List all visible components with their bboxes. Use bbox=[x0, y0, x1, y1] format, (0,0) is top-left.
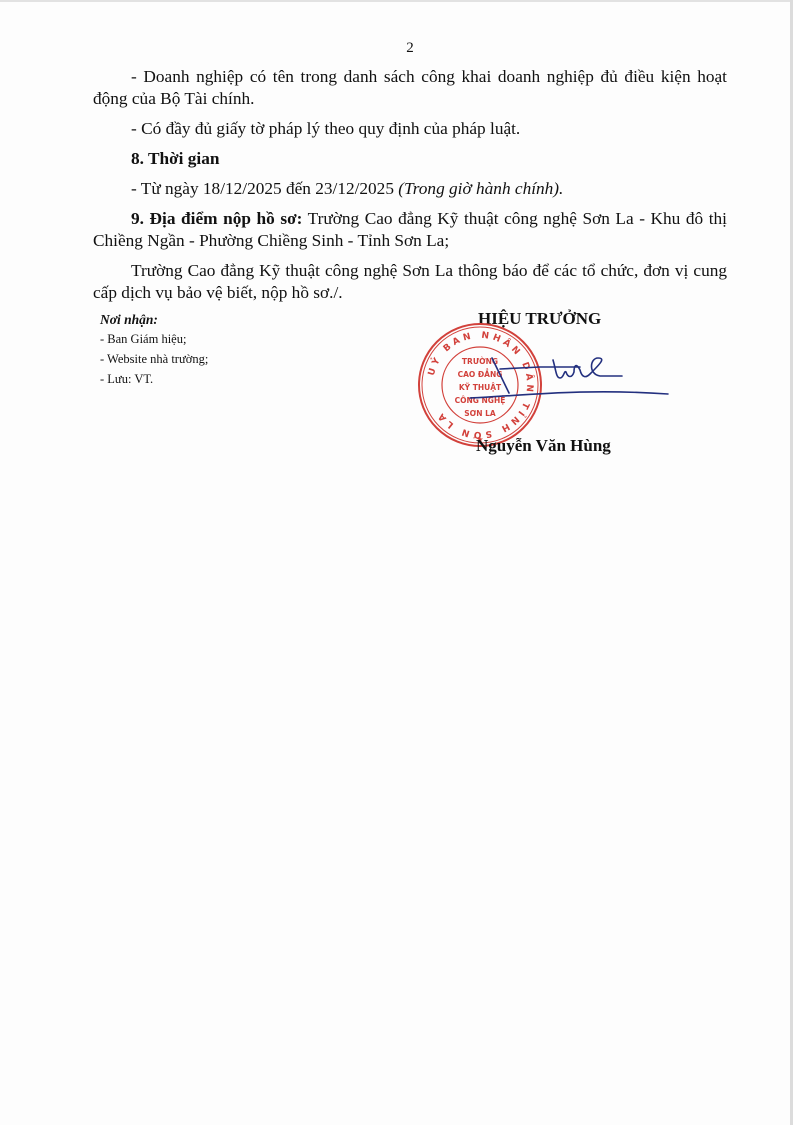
time-range: - Từ ngày 18/12/2025 đến 23/12/2025 bbox=[131, 179, 398, 198]
recipient-item: - Ban Giám hiệu; bbox=[100, 329, 208, 349]
section-heading: 8. Thời gian bbox=[93, 148, 727, 170]
recipient-item: - Lưu: VT. bbox=[100, 369, 208, 389]
location-paragraph: 9. Địa điểm nộp hồ sơ: Trường Cao đẳng K… bbox=[93, 208, 727, 252]
signer-name: Nguyễn Văn Hùng bbox=[476, 436, 611, 456]
time-paragraph: - Từ ngày 18/12/2025 đến 23/12/2025 (Tro… bbox=[93, 178, 727, 200]
recipient-item: - Website nhà trường; bbox=[100, 349, 208, 369]
recipients-block: Nơi nhận: - Ban Giám hiệu; - Website nhà… bbox=[100, 311, 208, 389]
requirement-paragraph: - Doanh nghiệp có tên trong danh sách cô… bbox=[93, 66, 727, 110]
closing-paragraph: Trường Cao đẳng Kỹ thuật công nghệ Sơn L… bbox=[93, 260, 727, 304]
handwritten-signature bbox=[440, 340, 680, 410]
page-top-edge bbox=[0, 0, 793, 2]
document-body: - Doanh nghiệp có tên trong danh sách cô… bbox=[93, 66, 727, 312]
section-heading: 9. Địa điểm nộp hồ sơ: bbox=[131, 209, 302, 228]
svg-text:SƠN LA: SƠN LA bbox=[464, 409, 496, 418]
requirement-paragraph: - Có đầy đủ giấy tờ pháp lý theo quy địn… bbox=[93, 118, 727, 140]
recipients-title: Nơi nhận: bbox=[100, 311, 208, 329]
time-note: (Trong giờ hành chính). bbox=[398, 179, 563, 198]
page-number: 2 bbox=[0, 40, 793, 57]
